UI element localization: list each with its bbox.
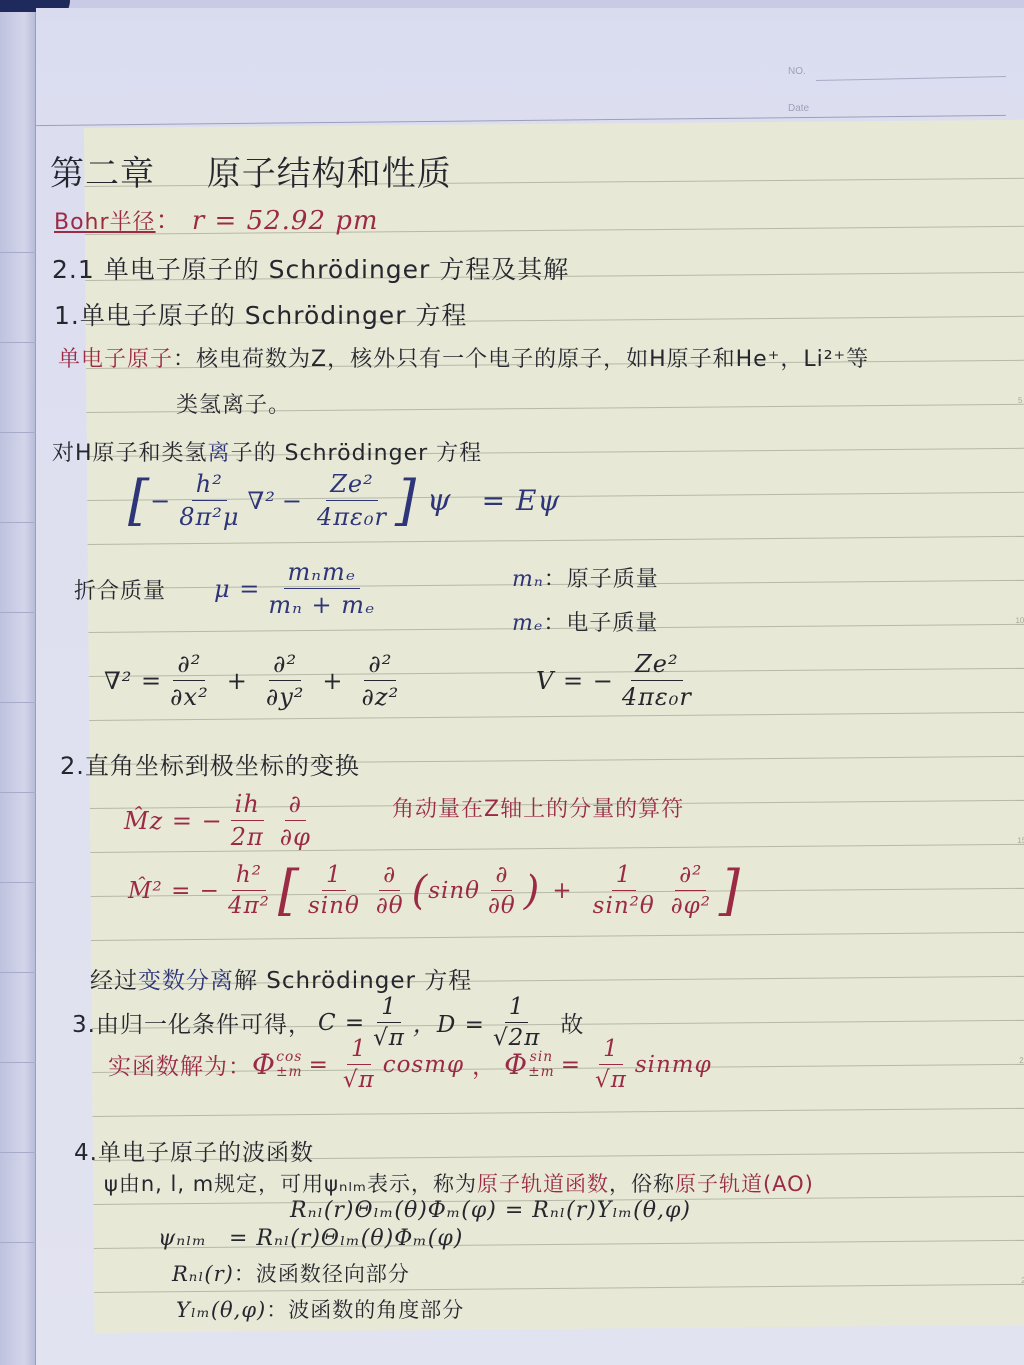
numerator: Ze² xyxy=(326,470,378,501)
text-part: ，俗称 xyxy=(609,1172,675,1196)
superscript: sin xyxy=(528,1050,555,1064)
numerator: 1 xyxy=(322,862,346,891)
denominator: ∂φ² xyxy=(667,891,715,919)
numerator: ∂² xyxy=(364,650,396,681)
fraction: 1√π xyxy=(339,1036,379,1093)
minus-sign: − xyxy=(282,487,303,515)
fraction: ∂²∂φ² xyxy=(667,862,715,919)
mn-definition: mₙ：原子质量 xyxy=(512,562,659,593)
denominator: sin²θ xyxy=(589,891,659,919)
numerator: ∂² xyxy=(173,650,205,681)
denominator: ∂z² xyxy=(358,681,404,711)
numerator: ∂ xyxy=(285,790,306,821)
plus-sign: + xyxy=(322,667,343,695)
fraction: 1√π xyxy=(591,1036,631,1093)
no-label: NO. xyxy=(788,66,806,77)
mz-operator-formula: M̂z = − ih2π ∂∂φ xyxy=(124,790,319,851)
real-solution-label: 实函数解为： xyxy=(108,1048,252,1081)
angular-description: ：波函数的角度部分 xyxy=(266,1298,464,1322)
real-solutions-line: 实函数解为： Φ cos±m = 1√π cosmφ ， Φ sin±m = 1… xyxy=(108,1036,712,1093)
phi-indices: cos±m xyxy=(276,1050,303,1079)
separation-note: 经过变数分离解 Schrödinger 方程 xyxy=(90,962,472,995)
bohr-label: Bohr半径 xyxy=(54,210,156,235)
psi: ψ xyxy=(427,483,452,518)
numerator: ih xyxy=(231,790,264,821)
formula-lhs: M̂z = − xyxy=(124,807,223,835)
heading-part: 子的 Schrödinger 方程 xyxy=(231,441,483,466)
bracket-open: [ xyxy=(278,864,300,918)
subscript: ±m xyxy=(528,1065,555,1079)
term-highlight: 原子轨道函数 xyxy=(477,1172,609,1196)
text-highlight: 变数分离 xyxy=(138,968,234,994)
definition: ：电子质量 xyxy=(543,611,658,636)
fraction: mₙmₑmₙ + mₑ xyxy=(264,558,379,619)
fraction: Ze²4πε₀r xyxy=(313,470,391,531)
heading-part: 对H原子和类氢 xyxy=(52,441,208,466)
numerator: 1 xyxy=(612,862,636,891)
denominator: 4πε₀r xyxy=(313,501,391,531)
numerator: 1 xyxy=(377,994,401,1023)
paren-close: ) xyxy=(524,868,541,914)
text-part: 经过 xyxy=(90,968,138,994)
formula-lhs: ∇² = xyxy=(104,667,162,695)
numerator: ∂ xyxy=(379,862,400,891)
numerator: ∂² xyxy=(675,862,706,891)
denominator: 8π²μ xyxy=(175,501,243,531)
numerator: h² xyxy=(232,862,266,891)
numerator: 1 xyxy=(347,1036,371,1065)
chapter-title: 第二章 原子结构和性质 xyxy=(50,146,452,195)
equals: = xyxy=(561,1052,581,1078)
denominator: 4πε₀r xyxy=(618,681,696,711)
date-label: Date xyxy=(788,103,809,114)
bohr-formula: r = 52.92 pm xyxy=(192,206,379,236)
bohr-radius: Bohr半径： r = 52.92 pm xyxy=(54,200,379,237)
line-number: 20 xyxy=(1019,1056,1024,1065)
laplacian-formula: ∇² = ∂²∂x² + ∂²∂y² + ∂²∂z² xyxy=(104,650,407,711)
subsection-4-heading: 4.单电子原子的波函数 xyxy=(74,1134,314,1167)
paren-open: ( xyxy=(412,868,429,914)
formula-lhs: M̂² = − xyxy=(128,878,220,904)
fraction: ∂∂φ xyxy=(276,790,315,851)
potential-formula: V = − Ze²4πε₀r xyxy=(536,650,700,711)
fraction: h²8π²μ xyxy=(175,470,243,531)
bracket-close: ] xyxy=(395,474,417,528)
orbital-definition: ψ由n, l, m规定，可用ψₙₗₘ表示，称为原子轨道函数，俗称原子轨道(AO) xyxy=(104,1168,814,1198)
bracket-close: ] xyxy=(719,864,741,918)
denominator: ∂θ xyxy=(484,891,520,919)
denominator: sinθ xyxy=(304,891,364,919)
term-highlight: 原子轨道 xyxy=(675,1172,763,1196)
numerator: mₙmₑ xyxy=(284,558,361,589)
line-number: 10 xyxy=(1015,616,1024,625)
numerator: 1 xyxy=(599,1036,623,1065)
phi-symbol: Φ xyxy=(504,1048,528,1081)
h-atom-schrodinger-heading: 对H原子和类氢离子的 Schrödinger 方程 xyxy=(52,436,482,467)
separator: ， xyxy=(472,1048,496,1081)
sin-theta: sinθ xyxy=(428,878,480,904)
d-lhs: ，D = xyxy=(413,1006,485,1039)
definition: ：原子质量 xyxy=(544,567,659,592)
definition-text-cont: 类氢离子。 xyxy=(176,388,291,419)
fraction: h²4π² xyxy=(224,862,274,919)
radial-description: ：波函数径向部分 xyxy=(234,1262,410,1286)
formula-lhs: V = − xyxy=(536,667,614,695)
superscript: cos xyxy=(276,1050,303,1064)
wavefunction-definition: ψₙₗₘ = Rₙₗ(r)Θₗₘ(θ)Φₘ(φ) xyxy=(158,1226,463,1251)
symbol: mₙ xyxy=(512,567,544,592)
text-part: 解 Schrödinger 方程 xyxy=(234,968,472,994)
denominator: ∂θ xyxy=(372,891,408,919)
fraction: 1sin²θ xyxy=(589,862,659,919)
denominator: √π xyxy=(591,1065,631,1093)
numerator: ∂² xyxy=(269,650,301,681)
fraction: ∂²∂z² xyxy=(358,650,404,711)
subscript: ±m xyxy=(276,1065,303,1079)
formula-lhs: μ = xyxy=(214,575,260,603)
equation-rhs: = Eψ xyxy=(482,484,561,517)
me-definition: mₑ：电子质量 xyxy=(512,606,658,637)
numerator: h² xyxy=(192,470,227,501)
plus-sign: + xyxy=(552,878,572,904)
numerator: ∂ xyxy=(491,862,512,891)
denominator: ∂y² xyxy=(262,681,309,711)
fraction: 1sinθ xyxy=(304,862,364,919)
cos-term: cosmφ xyxy=(383,1052,464,1078)
definition-term: 单电子原子 xyxy=(58,347,173,372)
angular-symbol: Yₗₘ(θ,φ) xyxy=(176,1298,266,1322)
nabla-squared: ∇² xyxy=(247,487,275,515)
reduced-mass-formula: μ = mₙmₑmₙ + mₑ xyxy=(214,558,383,619)
line-number: 15 xyxy=(1017,836,1024,845)
radial-part-line: Rₙₗ(r)：波函数径向部分 xyxy=(172,1258,410,1288)
fraction: ∂²∂y² xyxy=(262,650,309,711)
schrodinger-equation: [ − h²8π²μ ∇² − Ze²4πε₀r ] ψ = Eψ xyxy=(128,470,560,531)
subsection-1-heading: 1.单电子原子的 Schrödinger 方程 xyxy=(54,296,467,332)
radial-symbol: Rₙₗ(r) xyxy=(172,1262,234,1286)
ao-abbreviation: (AO) xyxy=(763,1172,814,1196)
numerator: 1 xyxy=(505,994,529,1023)
single-electron-definition: 单电子原子：核电荷数为Z，核外只有一个电子的原子，如H原子和He⁺，Li²⁺等 xyxy=(58,342,869,373)
c-lhs: C = xyxy=(318,1010,365,1036)
sin-term: sinmφ xyxy=(635,1052,712,1078)
fraction: ∂∂θ xyxy=(372,862,408,919)
bracket-open: [ xyxy=(128,474,150,528)
section-2-1-heading: 2.1 单电子原子的 Schrödinger 方程及其解 xyxy=(52,250,569,286)
fraction: ih2π xyxy=(227,790,268,851)
minus-sign: − xyxy=(150,487,171,515)
left-page-edge xyxy=(0,12,36,1365)
denominator: 2π xyxy=(227,821,268,851)
subsection-3-heading: 3.由归一化条件可得， xyxy=(72,1006,312,1039)
wavefunction-product-eq: Rₙₗ(r)Θₗₘ(θ)Φₘ(φ) = Rₙₗ(r)Yₗₘ(θ,φ) xyxy=(290,1198,691,1223)
chapter-number: 第二章 xyxy=(50,154,155,194)
denominator: ∂x² xyxy=(166,681,213,711)
fraction: ∂∂θ xyxy=(484,862,520,919)
phi-indices: sin±m xyxy=(528,1050,555,1079)
symbol: mₑ xyxy=(512,611,543,636)
numerator: Ze² xyxy=(631,650,683,681)
heading-highlight: 离 xyxy=(208,441,231,466)
psi-nlm: ψₙₗₘ xyxy=(158,1226,207,1251)
m2-operator-formula: M̂² = − h²4π² [ 1sinθ ∂∂θ ( sinθ ∂∂θ ) +… xyxy=(128,862,741,919)
mz-note: 角动量在Z轴上的分量的算符 xyxy=(392,792,684,823)
definition-text: ：核电荷数为Z，核外只有一个电子的原子，如H原子和He⁺，Li²⁺等 xyxy=(173,347,869,372)
fraction: Ze²4πε₀r xyxy=(618,650,696,711)
denominator: mₙ + mₑ xyxy=(264,589,379,619)
denominator: ∂φ xyxy=(276,821,315,851)
reduced-mass-label: 折合质量 xyxy=(74,574,166,605)
no-line xyxy=(816,76,1006,81)
therefore: 故 xyxy=(560,1006,584,1039)
equals: = xyxy=(309,1052,329,1078)
plus-sign: + xyxy=(227,667,248,695)
phi-symbol: Φ xyxy=(252,1048,276,1081)
line-number: 5 xyxy=(1018,396,1023,405)
fraction: ∂²∂x² xyxy=(166,650,213,711)
denominator: √π xyxy=(339,1065,379,1093)
psi-expansion: = Rₙₗ(r)Θₗₘ(θ)Φₘ(φ) xyxy=(229,1226,463,1251)
chapter-name: 原子结构和性质 xyxy=(207,154,452,194)
denominator: 4π² xyxy=(224,891,274,919)
subsection-2-heading: 2.直角坐标到极坐标的变换 xyxy=(60,746,360,781)
text-part: ψ由n, l, m规定，可用ψₙₗₘ表示，称为 xyxy=(104,1172,477,1196)
angular-part-line: Yₗₘ(θ,φ)：波函数的角度部分 xyxy=(176,1294,464,1324)
bohr-colon: ： xyxy=(156,206,183,236)
